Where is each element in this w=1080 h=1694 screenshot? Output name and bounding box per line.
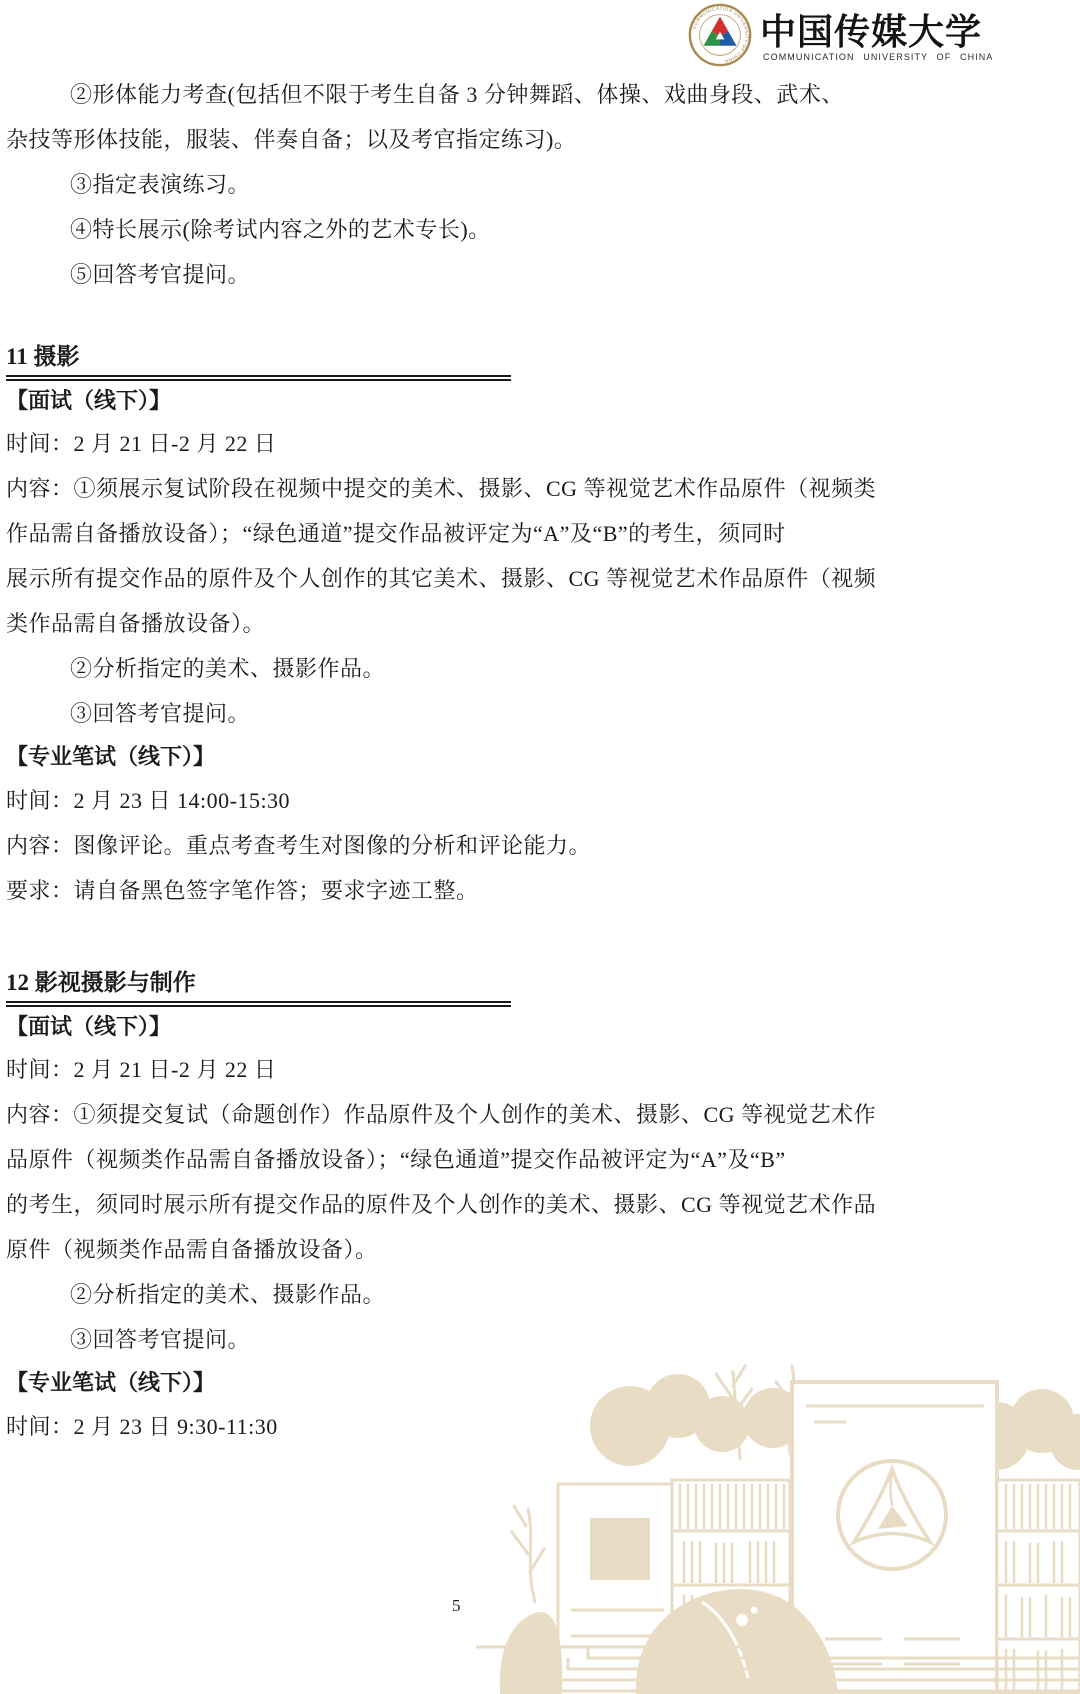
section-11-photography: 11 摄影 【面试（线下）】 时间：2 月 21 日-2 月 22 日 内容：①… <box>6 343 906 913</box>
university-name-chinese: 中国传媒大学 <box>760 4 960 55</box>
section-heading: 11 摄影 <box>6 343 511 381</box>
written-exam-content: 内容：图像评论。重点考查考生对图像的分析和评论能力。 <box>6 823 906 868</box>
interview-subheading: 【面试（线下）】 <box>6 381 906 421</box>
interview-content-line: ②分析指定的美术、摄影作品。 <box>6 646 906 691</box>
watermark-bookshelf-right <box>997 1480 1080 1694</box>
intro-line: ③指定表演练习。 <box>6 162 906 207</box>
document-body: ②形体能力考查(包括但不限于考生自备 3 分钟舞蹈、体操、戏曲身段、武术、 杂技… <box>6 0 906 1449</box>
interview-content-line: ③回答考官提问。 <box>6 691 906 736</box>
page-number: 5 <box>452 1596 461 1616</box>
interview-content-line: ③回答考官提问。 <box>6 1317 906 1362</box>
written-exam-requirement: 要求：请自备黑色签字笔作答；要求字迹工整。 <box>6 868 906 913</box>
intro-line: ④特长展示(除考试内容之外的艺术专长)。 <box>6 207 906 252</box>
university-name-english: COMMUNICATION UNIVERSITY OF CHINA <box>763 52 983 62</box>
written-exam-subheading: 【专业笔试（线下）】 <box>6 1362 906 1404</box>
university-emblem-icon: COMMUNICATION UNIVERSITY OF CHINA <box>686 2 754 70</box>
written-exam-time: 时间：2 月 23 日 9:30-11:30 <box>6 1404 906 1449</box>
interview-time: 时间：2 月 21 日-2 月 22 日 <box>6 421 906 466</box>
interview-content-line: ②分析指定的美术、摄影作品。 <box>6 1272 906 1317</box>
intro-line: 杂技等形体技能，服装、伴奏自备；以及考官指定练习)。 <box>6 117 906 162</box>
interview-content-line: 类作品需自备播放设备）。 <box>6 601 906 646</box>
written-exam-subheading: 【专业笔试（线下）】 <box>6 736 906 778</box>
interview-content-line: 原件（视频类作品需自备播放设备）。 <box>6 1227 906 1272</box>
written-exam-time: 时间：2 月 23 日 14:00-15:30 <box>6 778 906 823</box>
interview-content-line: 展示所有提交作品的原件及个人创作的其它美术、摄影、CG 等视觉艺术作品原件（视频 <box>6 556 906 601</box>
page-header: COMMUNICATION UNIVERSITY OF CHINA 中国传媒大学… <box>0 0 1080 80</box>
watermark-plant <box>500 1506 562 1694</box>
interview-subheading: 【面试（线下）】 <box>6 1007 906 1047</box>
interview-time: 时间：2 月 21 日-2 月 22 日 <box>6 1047 906 1092</box>
interview-content-line: 内容：①须展示复试阶段在视频中提交的美术、摄影、CG 等视觉艺术作品原件（视频类 <box>6 466 906 511</box>
section-heading: 12 影视摄影与制作 <box>6 969 511 1007</box>
document-page: COMMUNICATION UNIVERSITY OF CHINA 中国传媒大学… <box>0 0 1080 1694</box>
interview-content-line: 内容：①须提交复试（命题创作）作品原件及个人创作的美术、摄影、CG 等视觉艺术作 <box>6 1092 906 1137</box>
interview-content-line: 作品需自备播放设备）；“绿色通道”提交作品被评定为“A”及“B”的考生，须同时 <box>6 511 906 556</box>
interview-content-line: 的考生，须同时展示所有提交作品的原件及个人创作的美术、摄影、CG 等视觉艺术作品 <box>6 1182 906 1227</box>
section-12-film-photography: 12 影视摄影与制作 【面试（线下）】 时间：2 月 21 日-2 月 22 日… <box>6 969 906 1449</box>
interview-content-line: 品原件（视频类作品需自备播放设备）；“绿色通道”提交作品被评定为“A”及“B” <box>6 1137 906 1182</box>
intro-line: ⑤回答考官提问。 <box>6 252 906 297</box>
